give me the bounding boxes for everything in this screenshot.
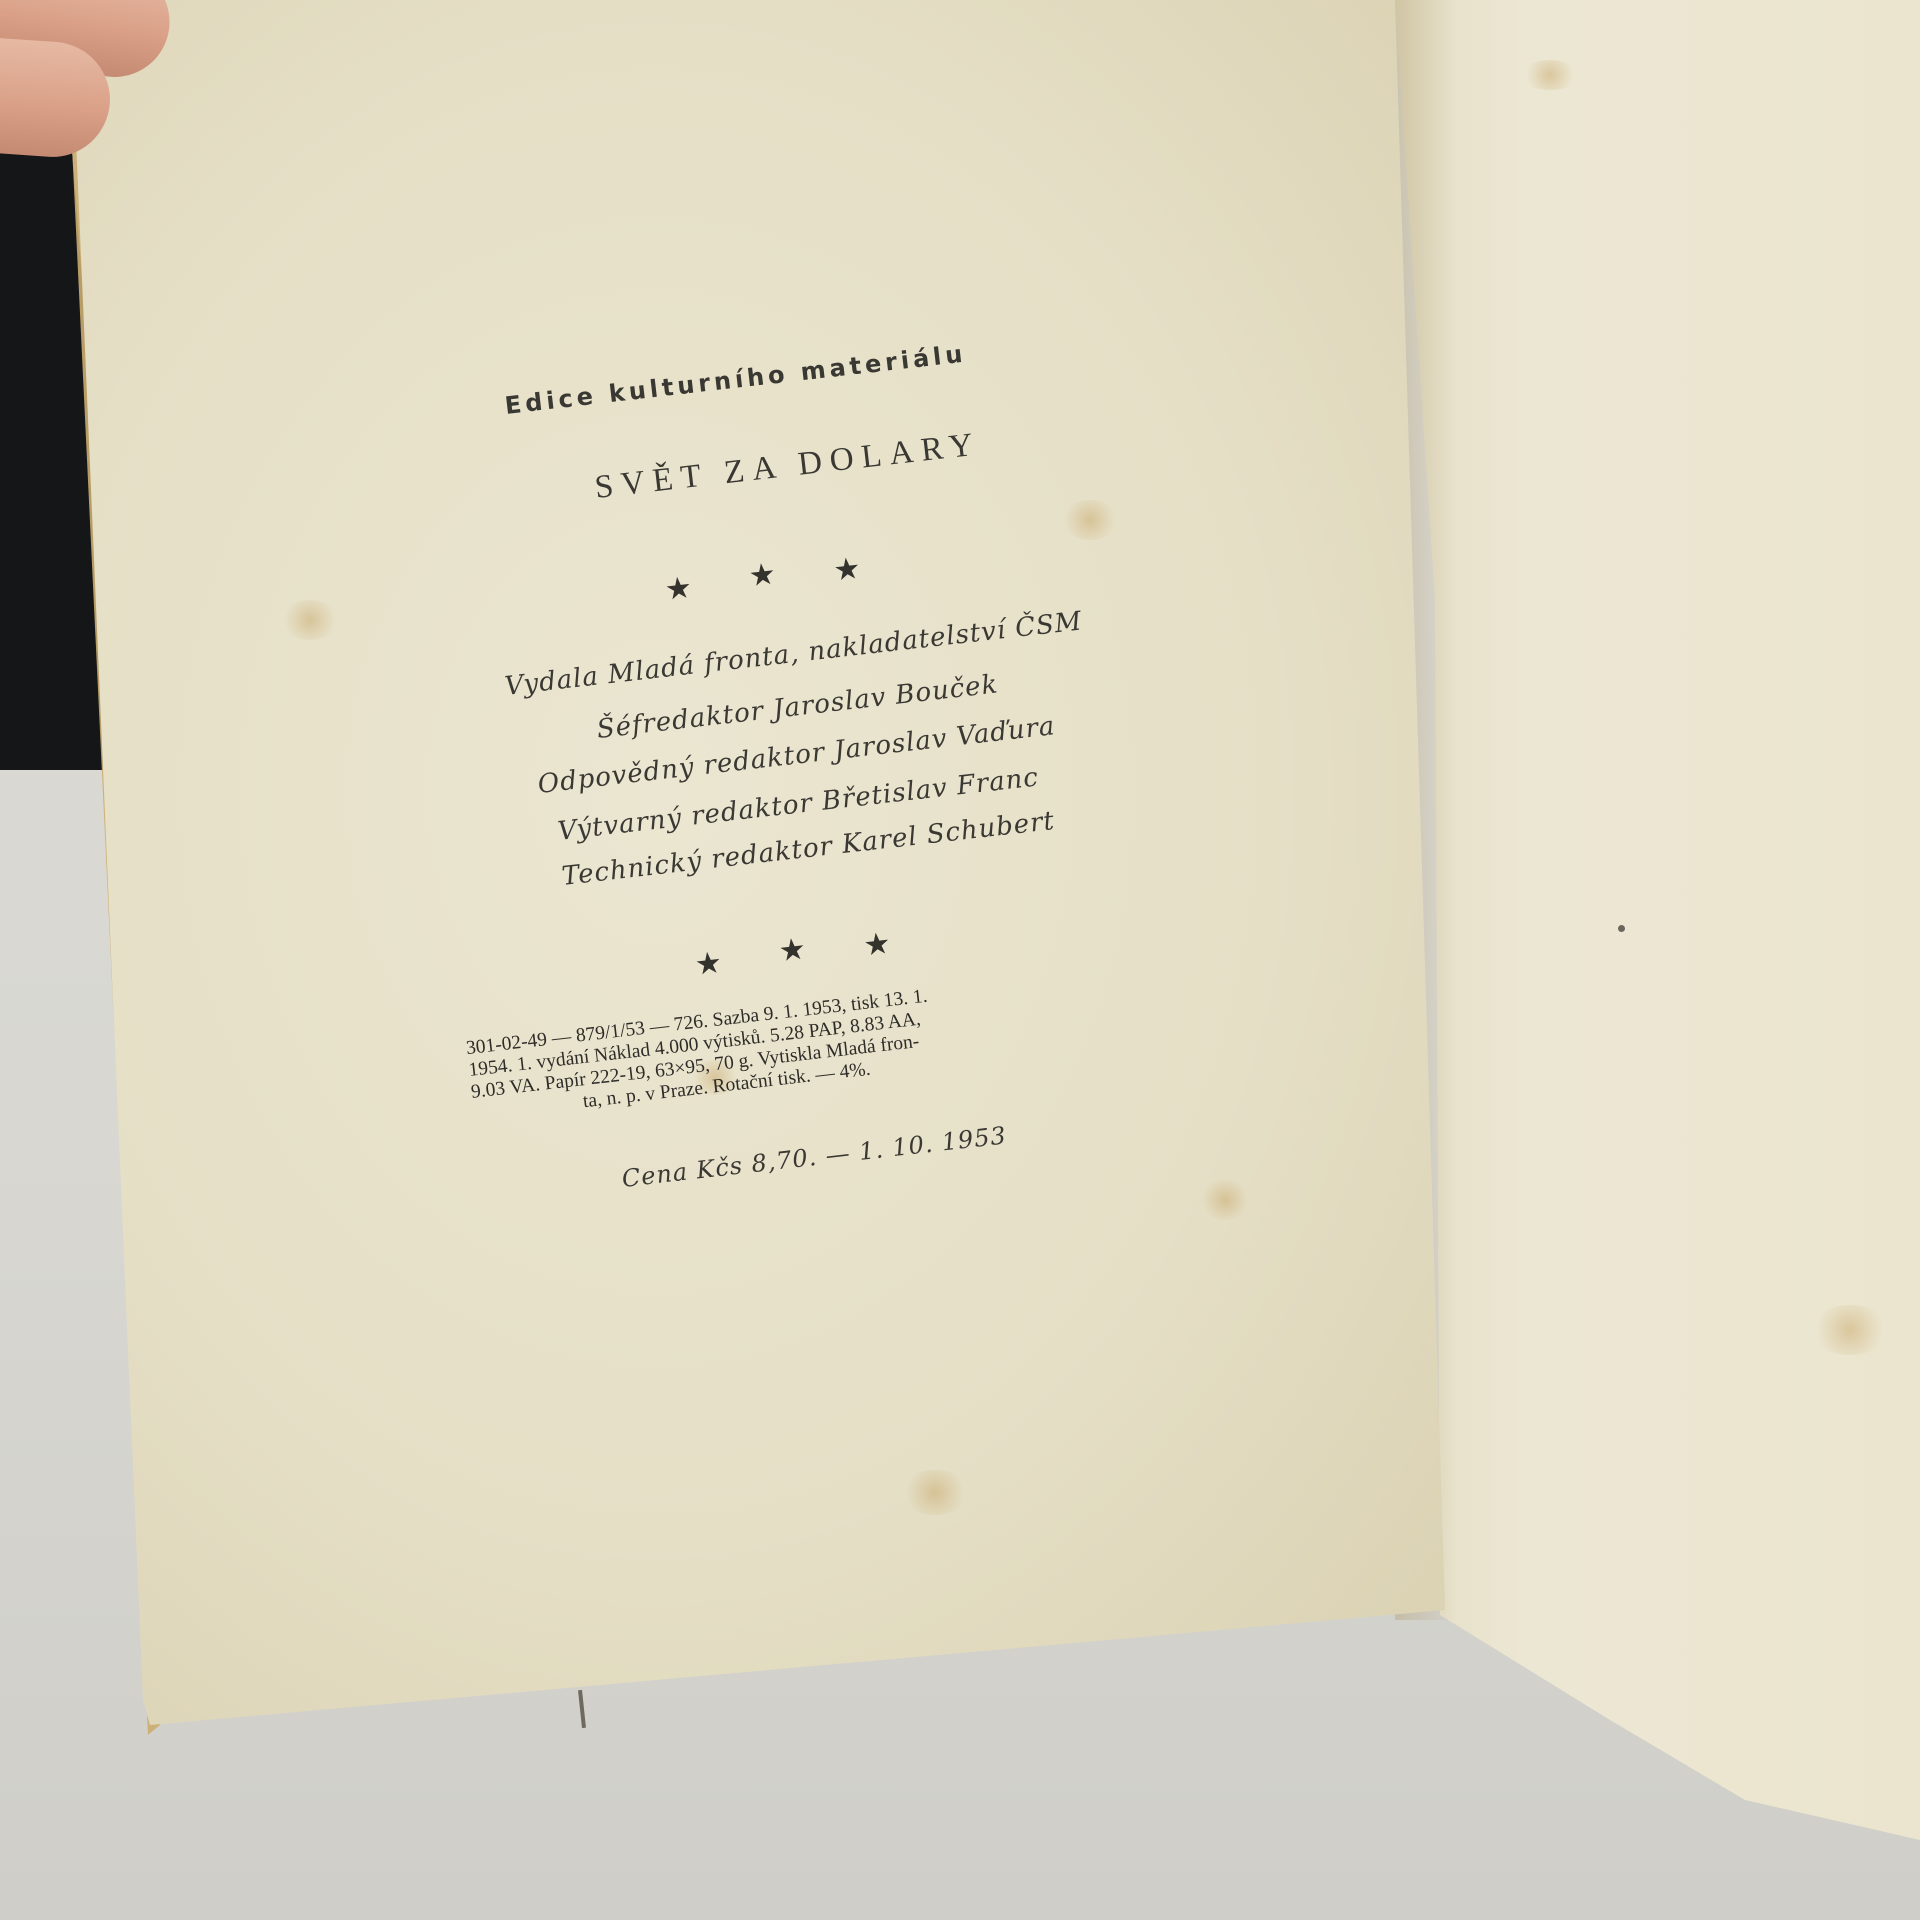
foxing-stain: [1810, 1305, 1890, 1355]
star-icon: ★: [693, 945, 724, 983]
foxing-stain: [900, 1470, 970, 1515]
ink-speck: [1618, 925, 1625, 932]
foxing-stain: [1520, 60, 1580, 90]
star-icon: ★: [832, 551, 863, 589]
star-icon: ★: [777, 931, 808, 973]
foxing-stain: [280, 600, 340, 640]
book-photo: Edice kulturního materiálu SVĚT ZA DOLAR…: [0, 0, 1920, 1920]
foxing-stain: [1060, 500, 1120, 540]
left-page: [0, 0, 1460, 1760]
right-page: [1395, 0, 1920, 1920]
star-icon: ★: [747, 556, 778, 598]
star-icon: ★: [862, 926, 893, 964]
hanging-thread: [578, 1690, 586, 1728]
foxing-stain: [1200, 1180, 1250, 1220]
star-icon: ★: [663, 570, 694, 608]
